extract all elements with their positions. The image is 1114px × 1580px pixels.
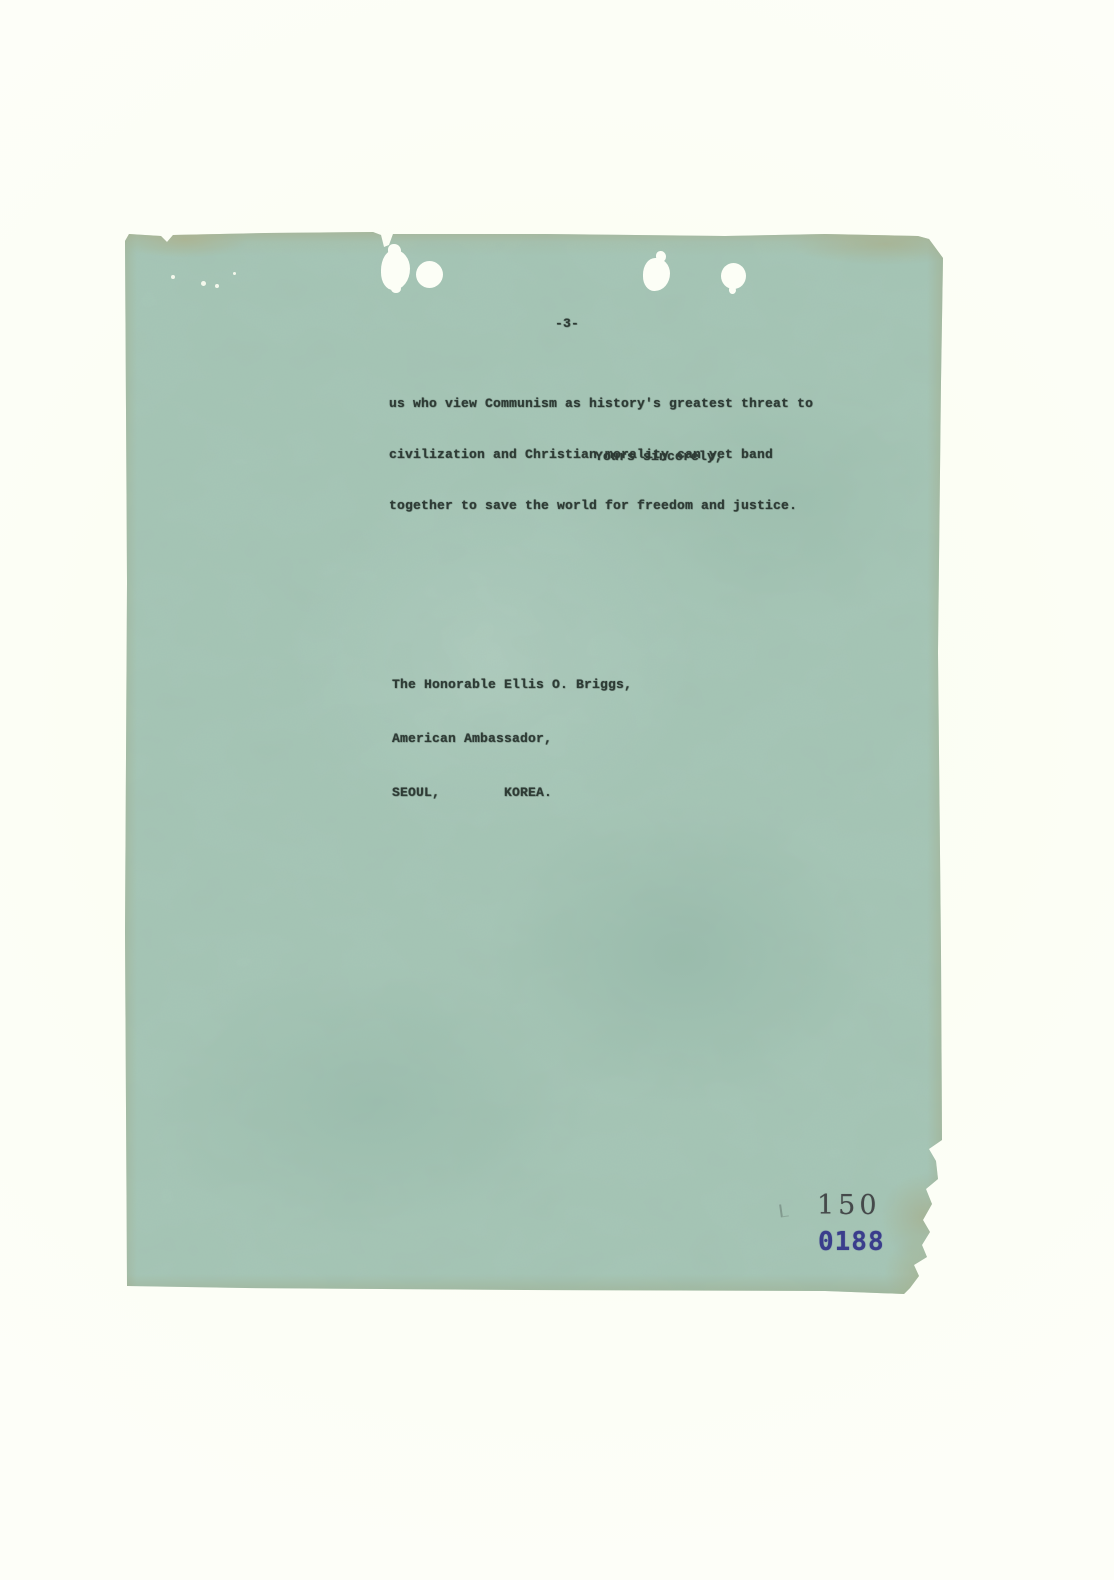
paper-fleck <box>215 284 219 288</box>
scanned-document-page: { "page": { "background_color": "#fcfef5… <box>0 0 1114 1580</box>
paper-fleck <box>201 281 206 286</box>
recipient-line: SEOUL, KOREA. <box>392 784 632 802</box>
body-line: us who view Communism as history's great… <box>389 395 813 412</box>
punch-hole-round-right <box>721 263 746 289</box>
punch-hole-torn-right <box>643 258 670 291</box>
punch-hole-tear-nub-2 <box>656 251 666 262</box>
recipient-address: The Honorable Ellis O. Briggs, American … <box>392 640 632 838</box>
punch-hole-tail-2 <box>729 286 736 294</box>
punch-hole-tear-tail <box>391 284 401 293</box>
recipient-line: American Ambassador, <box>392 730 632 748</box>
paper-fleck <box>171 275 175 279</box>
stray-pencil-mark <box>779 1204 789 1218</box>
closing-salutation: Yours sincerely, <box>595 448 723 465</box>
paper-fleck <box>233 272 236 275</box>
archive-number-stamp: 150 <box>817 1192 881 1220</box>
letter-paper: -3- us who view Communism as history's g… <box>125 232 943 1294</box>
punch-hole-round-left <box>416 261 443 288</box>
body-line: together to save the world for freedom a… <box>389 497 813 514</box>
punch-hole-tear-nub <box>388 244 401 257</box>
frame-number-stamp: 0188 <box>818 1228 885 1256</box>
recipient-line: The Honorable Ellis O. Briggs, <box>392 676 632 694</box>
page-number: -3- <box>555 315 579 332</box>
